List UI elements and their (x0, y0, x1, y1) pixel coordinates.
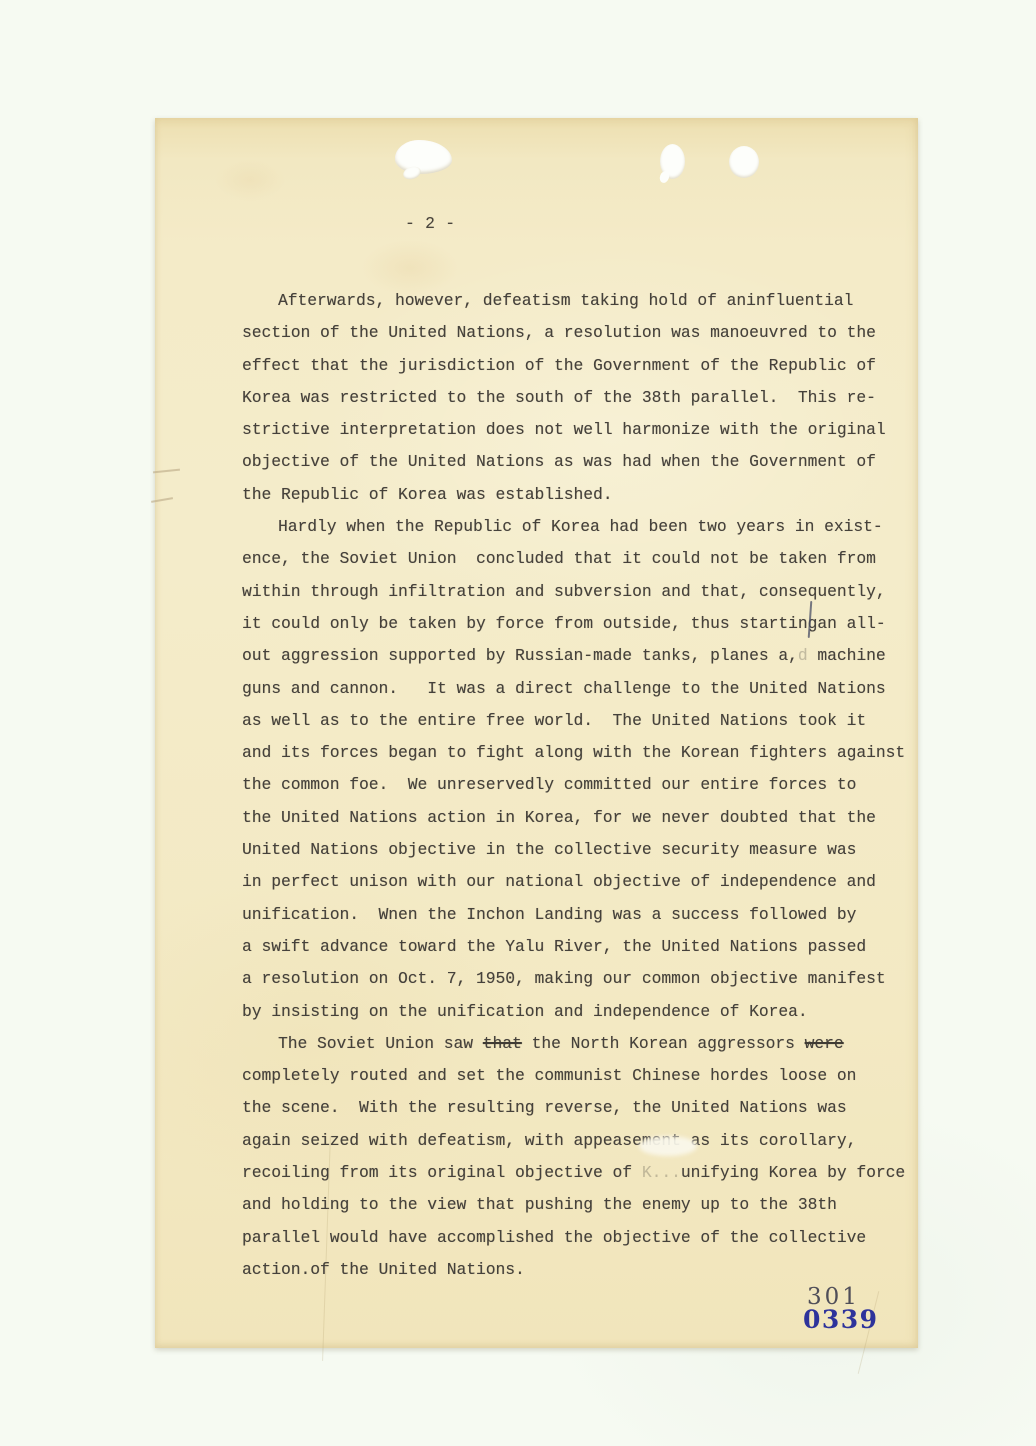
text-segment: Korea was restricted to the south of the… (242, 388, 876, 407)
text-segment: ence, the Soviet Union concluded that it… (242, 549, 876, 568)
document-body: Afterwards, however, defeatism taking ho… (242, 285, 914, 1286)
text-segment-strike: that (483, 1034, 522, 1053)
punch-hole-right (729, 146, 759, 178)
text-segment: a swift advance toward the Yalu River, t… (242, 937, 866, 956)
document-line: strictive interpretation does not well h… (242, 414, 914, 446)
text-segment: objective of the United Nations as was h… (242, 452, 876, 471)
document-page: - 2 - Afterwards, however, defeatism tak… (155, 118, 918, 1348)
document-line: Korea was restricted to the south of the… (242, 382, 914, 414)
text-segment: out aggression supported by Russian-made… (242, 646, 798, 665)
document-line: ence, the Soviet Union concluded that it… (242, 543, 914, 575)
text-segment: Afterwards, however, defeatism taking ho… (278, 291, 853, 310)
text-segment: The Soviet Union saw (278, 1034, 483, 1053)
text-segment: and holding to the view that pushing the… (242, 1195, 837, 1214)
text-segment: action.of the United Nations. (242, 1260, 525, 1279)
pencil-mark (153, 469, 180, 474)
page-number: - 2 - (405, 214, 455, 233)
text-segment: Hardly when the Republic of Korea had be… (278, 517, 883, 536)
scanned-document-canvas: - 2 - Afterwards, however, defeatism tak… (0, 0, 1036, 1446)
text-segment: the United Nations action in Korea, for … (242, 808, 876, 827)
text-segment: in perfect unison with our national obje… (242, 872, 876, 891)
text-segment: the Republic of Korea was established. (242, 485, 613, 504)
document-line: and holding to the view that pushing the… (242, 1189, 914, 1221)
text-segment: guns and cannon. It was a direct challen… (242, 679, 886, 698)
document-line: effect that the jurisdiction of the Gove… (242, 350, 914, 382)
pencil-mark (151, 497, 173, 502)
text-segment: a resolution on Oct. 7, 1950, making our… (242, 969, 886, 988)
text-segment: United Nations objective in the collecti… (242, 840, 856, 859)
document-line: guns and cannon. It was a direct challen… (242, 673, 914, 705)
text-segment: the common foe. We unreservedly committe… (242, 775, 856, 794)
text-segment: the scene. With the resulting reverse, t… (242, 1098, 847, 1117)
document-line: again seized with defeatism, with appeas… (242, 1125, 914, 1157)
document-line: and its forces began to fight along with… (242, 737, 914, 769)
torn-paper-hole (395, 140, 452, 174)
text-segment: completely routed and set the communist … (242, 1066, 856, 1085)
document-line: recoiling from its original objective of… (242, 1157, 914, 1189)
document-line: Hardly when the Republic of Korea had be… (242, 511, 914, 543)
document-line: within through infiltration and subversi… (242, 576, 914, 608)
document-line: as well as to the entire free world. The… (242, 705, 914, 737)
document-line: action.of the United Nations. (242, 1254, 914, 1286)
document-line: completely routed and set the communist … (242, 1060, 914, 1092)
whiteout-smudge (639, 1136, 697, 1156)
text-segment: parallel would have accomplished the obj… (242, 1228, 866, 1247)
document-line: parallel would have accomplished the obj… (242, 1222, 914, 1254)
punch-hole-left (660, 144, 685, 179)
text-segment: unifying Korea by force (681, 1163, 905, 1182)
stamp-number-blue: 0339 (803, 1306, 879, 1334)
text-segment: and its forces began to fight along with… (242, 743, 905, 762)
text-segment: strictive interpretation does not well h… (242, 420, 886, 439)
text-segment: section of the United Nations, a resolut… (242, 323, 876, 342)
document-line: out aggression supported by Russian-made… (242, 640, 914, 672)
text-segment: effect that the jurisdiction of the Gove… (242, 356, 876, 375)
text-segment: as well as to the entire free world. The… (242, 711, 866, 730)
document-line: Afterwards, however, defeatism taking ho… (242, 285, 914, 317)
text-segment-faded: d (798, 646, 808, 665)
document-line: United Nations objective in the collecti… (242, 834, 914, 866)
document-line: unification. Wnen the Inchon Landing was… (242, 899, 914, 931)
document-line: The Soviet Union saw that the North Kore… (242, 1028, 914, 1060)
document-line: the scene. With the resulting reverse, t… (242, 1092, 914, 1124)
text-segment: the North Korean aggressors (522, 1034, 805, 1053)
document-line: a swift advance toward the Yalu River, t… (242, 931, 914, 963)
document-line: the common foe. We unreservedly committe… (242, 769, 914, 801)
text-segment: again seized with defeatism, with appeas… (242, 1131, 856, 1150)
text-segment: unification. Wnen the Inchon Landing was… (242, 905, 856, 924)
document-line: by insisting on the unification and inde… (242, 996, 914, 1028)
text-segment-strike: were (805, 1034, 844, 1053)
text-segment: it could only be taken by force from out… (242, 614, 886, 633)
document-line: objective of the United Nations as was h… (242, 446, 914, 478)
document-line: the United Nations action in Korea, for … (242, 802, 914, 834)
text-segment-faded: K... (642, 1163, 681, 1182)
text-segment: within through infiltration and subversi… (242, 582, 886, 601)
text-segment: recoiling from its original objective of (242, 1163, 642, 1182)
text-segment: machine (808, 646, 886, 665)
text-segment: by insisting on the unification and inde… (242, 1002, 808, 1021)
document-line: the Republic of Korea was established. (242, 479, 914, 511)
document-line: section of the United Nations, a resolut… (242, 317, 914, 349)
document-line: it could only be taken by force from out… (242, 608, 914, 640)
document-line: a resolution on Oct. 7, 1950, making our… (242, 963, 914, 995)
document-line: in perfect unison with our national obje… (242, 866, 914, 898)
